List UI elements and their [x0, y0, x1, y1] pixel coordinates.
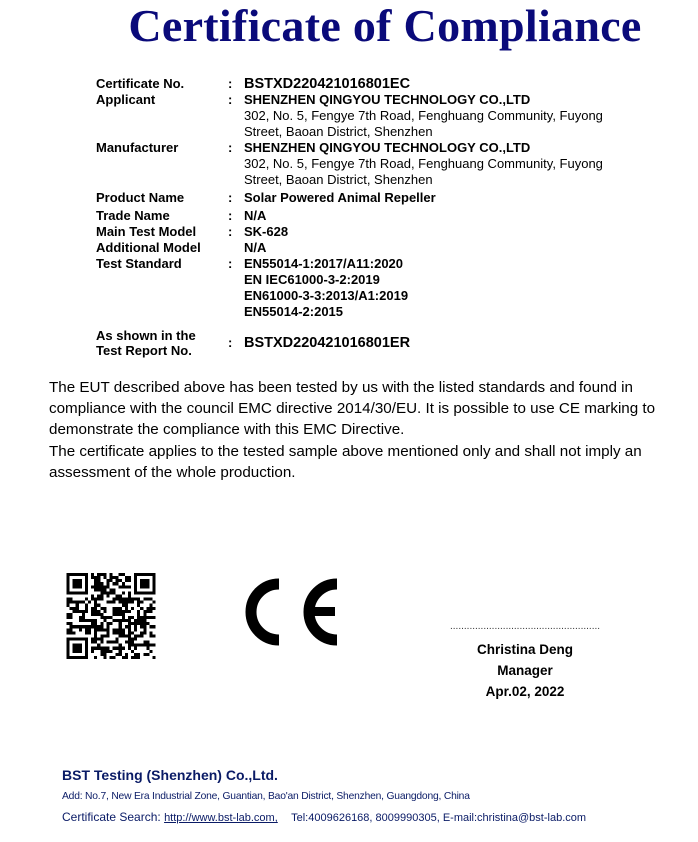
additional-model-row: Additional Model N/A [96, 240, 656, 256]
certificate-no-value: BSTXD220421016801EC [244, 76, 656, 92]
footer-search: Certificate Search: http://www.bst-lab.c… [62, 810, 586, 824]
compliance-statement: The EUT described above has been tested … [49, 377, 669, 483]
test-standard-1: EN55014-1:2017/A11:2020 [244, 256, 656, 272]
manufacturer-address-2: Street, Baoan District, Shenzhen [244, 172, 656, 188]
certificate-info: Certificate No. : BSTXD220421016801EC Ap… [96, 76, 656, 358]
certificate-title: Certificate of Compliance [0, 0, 698, 52]
test-standard-4: EN55014-2:2015 [244, 304, 656, 320]
test-report-value: BSTXD220421016801ER [244, 335, 656, 351]
applicant-address-2: Street, Baoan District, Shenzhen [244, 124, 656, 140]
signatory-name: Christina Deng [450, 639, 600, 660]
signature-date: Apr.02, 2022 [450, 681, 600, 702]
search-label: Certificate Search: [62, 810, 161, 824]
statement-paragraph-1: The EUT described above has been tested … [49, 377, 669, 441]
manufacturer-name: SHENZHEN QINGYOU TECHNOLOGY CO.,LTD [244, 140, 656, 156]
certificate-no-label: Certificate No. [96, 76, 228, 92]
test-report-row: As shown in the Test Report No. : BSTXD2… [96, 328, 656, 358]
manufacturer-label: Manufacturer [96, 140, 228, 188]
main-test-model-label: Main Test Model [96, 224, 228, 240]
additional-model-label: Additional Model [96, 240, 228, 256]
manufacturer-row: Manufacturer : SHENZHEN QINGYOU TECHNOLO… [96, 140, 656, 188]
main-test-model-row: Main Test Model : SK-628 [96, 224, 656, 240]
test-standard-row: Test Standard : EN55014-1:2017/A11:2020 … [96, 256, 656, 320]
main-test-model-value: SK-628 [244, 224, 656, 240]
product-name-label: Product Name [96, 190, 228, 206]
trade-name-label: Trade Name [96, 208, 228, 224]
qr-code-icon [66, 573, 156, 659]
signature-block: ........................................… [450, 623, 600, 702]
trade-name-value: N/A [244, 208, 656, 224]
signatory-role: Manager [450, 660, 600, 681]
applicant-row: Applicant : SHENZHEN QINGYOU TECHNOLOGY … [96, 92, 656, 140]
footer-contact: Tel:4009626168, 8009990305, E-mail:chris… [291, 812, 586, 824]
statement-paragraph-2: The certificate applies to the tested sa… [49, 441, 669, 483]
applicant-name: SHENZHEN QINGYOU TECHNOLOGY CO.,LTD [244, 92, 656, 108]
footer-company: BST Testing (Shenzhen) Co.,Ltd. [62, 767, 278, 783]
signature-line: ........................................… [450, 623, 600, 631]
test-standard-label: Test Standard [96, 256, 228, 320]
manufacturer-address-1: 302, No. 5, Fengye 7th Road, Fenghuang C… [244, 156, 656, 172]
trade-name-row: Trade Name : N/A [96, 208, 656, 224]
product-name-row: Product Name : Solar Powered Animal Repe… [96, 190, 656, 206]
test-standard-3: EN61000-3-3:2013/A1:2019 [244, 288, 656, 304]
footer-address: Add: No.7, New Era Industrial Zone, Guan… [62, 791, 470, 802]
ce-mark-icon [233, 578, 341, 651]
additional-model-value: N/A [244, 240, 656, 256]
product-name-value: Solar Powered Animal Repeller [244, 190, 656, 206]
test-report-label: As shown in the Test Report No. [96, 328, 228, 358]
certificate-no-row: Certificate No. : BSTXD220421016801EC [96, 76, 656, 92]
applicant-address-1: 302, No. 5, Fengye 7th Road, Fenghuang C… [244, 108, 656, 124]
test-standard-2: EN IEC61000-3-2:2019 [244, 272, 656, 288]
search-link[interactable]: http://www.bst-lab.com, [164, 812, 278, 824]
applicant-label: Applicant [96, 92, 228, 140]
